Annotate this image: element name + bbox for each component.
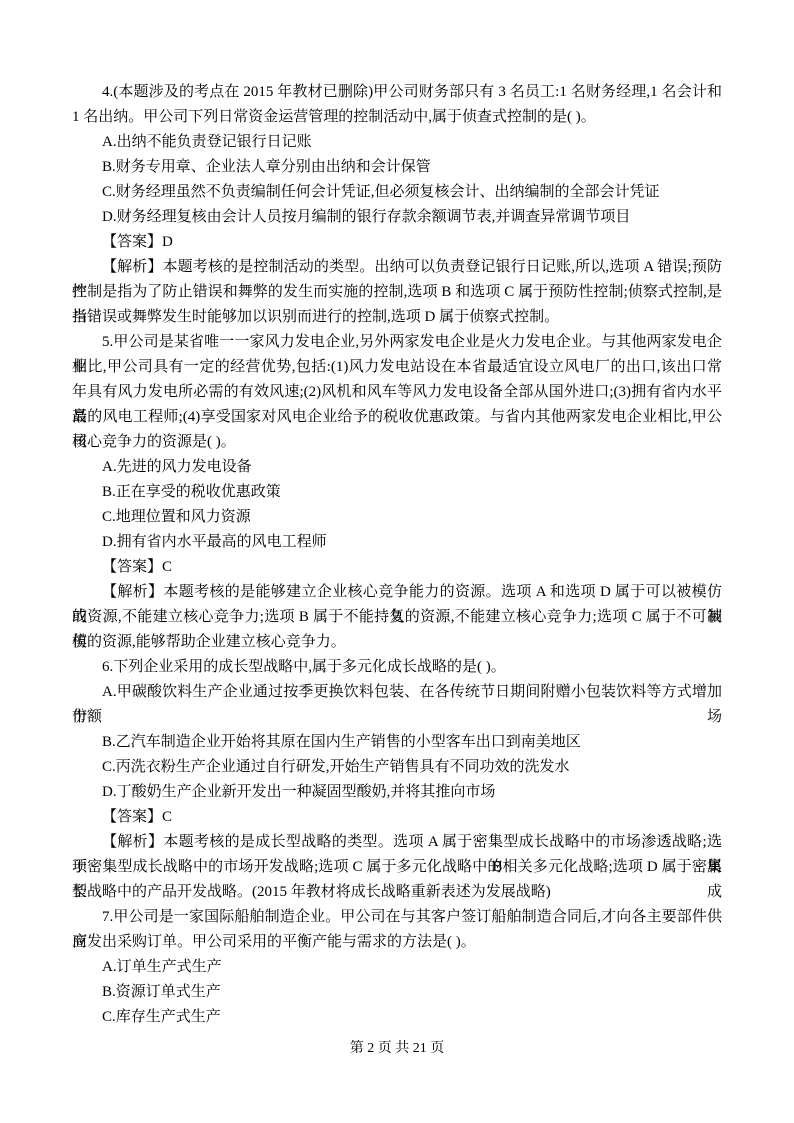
text-line: 年具有风力发电所必需的有效风速;(2)风机和风车等风力发电设备全部从国外进口;(… — [72, 380, 722, 405]
text-line: 的资源,不能建立核心竞争力;选项 B 属于不能持久的资源,不能建立核心竞争力;选… — [72, 605, 722, 630]
text-line: B.乙汽车制造企业开始将其原在国内生产销售的小型客车出口到南美地区 — [72, 730, 722, 755]
text-line: 高的风电工程师;(4)享受国家对风电企业给予的税收优惠政策。与省内其他两家发电企… — [72, 405, 722, 430]
text-line: 6.下列企业采用的成长型战略中,属于多元化成长战略的是( )。 — [72, 655, 722, 680]
text-line: C.地理位置和风力资源 — [72, 505, 722, 530]
text-line: C.丙洗衣粉生产企业通过自行研发,开始生产销售具有不同功效的洗发水 — [72, 755, 722, 780]
text-line: 于密集型成长战略中的市场开发战略;选项 C 属于多元化战略中的相关多元化战略;选… — [72, 855, 722, 880]
text-line: 【答案】C — [72, 805, 722, 830]
text-line: D.拥有省内水平最高的风电工程师 — [72, 530, 722, 555]
text-line: 4.(本题涉及的考点在 2015 年教材已删除)甲公司财务部只有 3 名员工:1… — [72, 80, 722, 105]
text-line: 【解析】本题考核的是成长型战略的类型。选项 A 属于密集型成长战略中的市场渗透战… — [72, 830, 722, 855]
text-line: A.先进的风力发电设备 — [72, 455, 722, 480]
text-line: 【解析】本题考核的是能够建立企业核心竞争能力的资源。选项 A 和选项 D 属于可… — [72, 580, 722, 605]
text-line: A.甲碳酸饮料生产企业通过按季更换饮料包装、在各传统节日期间附赠小包装饮料等方式… — [72, 680, 722, 705]
text-line: C.财务经理虽然不负责编制任何会计凭证,但必须复核会计、出纳编制的全部会计凭证 — [72, 180, 722, 205]
text-line: B.资源订单式生产 — [72, 980, 722, 1005]
text-line: 5.甲公司是某省唯一一家风力发电企业,另外两家发电企业是火力发电企业。与其他两家… — [72, 330, 722, 355]
page-number: 第 2 页 共 21 页 — [0, 1040, 794, 1058]
document-body: 4.(本题涉及的考点在 2015 年教材已删除)甲公司财务部只有 3 名员工:1… — [72, 80, 722, 1030]
document-page: 4.(本题涉及的考点在 2015 年教材已删除)甲公司财务部只有 3 名员工:1… — [0, 0, 794, 1123]
text-line: B.正在享受的税收优惠政策 — [72, 480, 722, 505]
text-line: A.订单生产式生产 — [72, 955, 722, 980]
text-line: D.丁酸奶生产企业新开发出一种凝固型酸奶,并将其推向市场 — [72, 780, 722, 805]
text-line: 7.甲公司是一家国际船舶制造企业。甲公司在与其客户签订船舶制造合同后,才向各主要… — [72, 905, 722, 930]
text-line: 控制是指为了防止错误和舞弊的发生而实施的控制,选项 B 和选项 C 属于预防性控… — [72, 280, 722, 305]
text-line: B.财务专用章、企业法人章分别由出纳和会计保管 — [72, 155, 722, 180]
text-line: 商发出采购订单。甲公司采用的平衡产能与需求的方法是( )。 — [72, 930, 722, 955]
text-line: 【解析】本题考核的是控制活动的类型。出纳可以负责登记银行日记账,所以,选项 A … — [72, 255, 722, 280]
text-line: D.财务经理复核由会计人员按月编制的银行存款余额调节表,并调查异常调节项目 — [72, 205, 722, 230]
text-line: 【答案】D — [72, 230, 722, 255]
text-line: 相比,甲公司具有一定的经营优势,包括:(1)风力发电站设在本省最适宜设立风电厂的… — [72, 355, 722, 380]
text-line: 仿的资源,能够帮助企业建立核心竞争力。 — [72, 630, 722, 655]
text-line: C.库存生产式生产 — [72, 1005, 722, 1030]
text-line: 核心竞争力的资源是( )。 — [72, 430, 722, 455]
text-line: 当错误或舞弊发生时能够加以识别而进行的控制,选项 D 属于侦察式控制。 — [72, 305, 722, 330]
text-line: A.出纳不能负责登记银行日记账 — [72, 130, 722, 155]
text-line: 【答案】C — [72, 555, 722, 580]
text-line: 1 名出纳。甲公司下列日常资金运营管理的控制活动中,属于侦查式控制的是( )。 — [72, 105, 722, 130]
